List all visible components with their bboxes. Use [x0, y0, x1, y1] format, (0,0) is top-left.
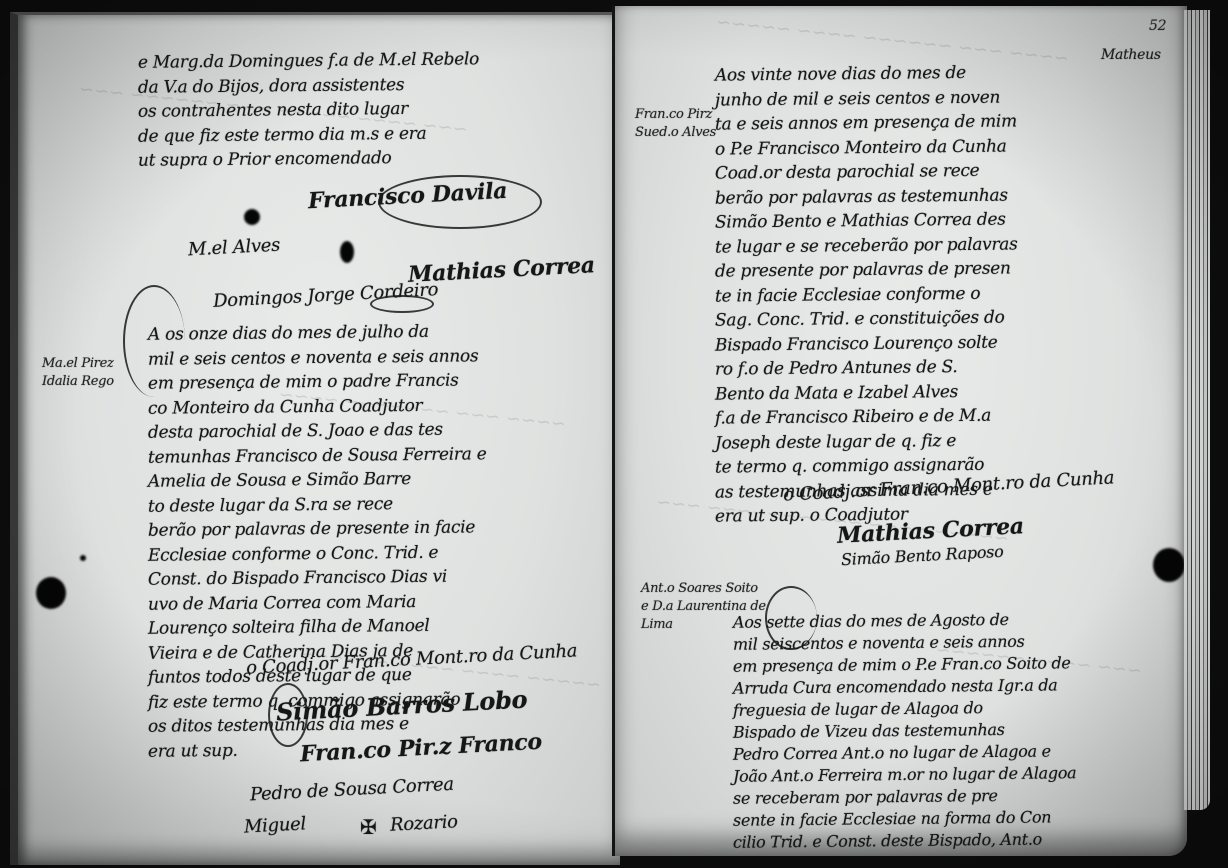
text-line: o P.e Francisco Monteiro da Cunha: [715, 134, 1018, 162]
book-spread: ~~~ ~~~~ ~~~~~ ~~~ ~~~~~~ ~~~ ~~~~ ~~~ ~…: [0, 0, 1228, 868]
text-line: te in facie Ecclesiae conforme o: [715, 281, 1018, 309]
text-line: mil e seis centos e noventa e seis annos: [148, 344, 487, 372]
ink-blot: [244, 209, 260, 225]
signature-flourish: [268, 683, 308, 747]
text-line: os contrahentes nesta dito lugar: [138, 96, 479, 124]
text-line: ta e seis annos em presença de mim: [715, 109, 1018, 137]
left-page: ~~~ ~~~~ ~~~~~ ~~~ ~~~~~~ ~~~ ~~~~ ~~~ ~…: [10, 12, 620, 865]
text-line: berão por palavras de presente in facie: [148, 515, 487, 543]
right-page: ~~~~ ~~~ ~~~~~~ ~~~~ ~~~~~ ~~~~~ ~~~~ ~~…: [612, 6, 1187, 856]
margin-note-line: Sued.o Alves: [635, 124, 716, 142]
text-line: Sag. Conc. Trid. e constituições do: [715, 305, 1018, 333]
top-entry-text: e Marg.da Domingues f.a de M.el Rebelo d…: [138, 49, 479, 172]
text-line: ut supra o Prior encomendado: [138, 145, 479, 173]
ink-blot: [1153, 548, 1185, 582]
text-line: Coad.or desta parochial se rece: [715, 158, 1018, 186]
text-line: co Monteiro da Cunha Coadjutor: [148, 393, 487, 421]
margin-note-line: Fran.co Pirz: [635, 106, 716, 124]
text-line: da V.a do Bijos, dora assistentes: [138, 72, 479, 100]
margin-note: Fran.co Pirz Sued.o Alves: [635, 106, 716, 142]
signature: Rozario: [389, 811, 458, 836]
text-line: Simão Bento e Mathias Correa des: [715, 207, 1018, 235]
signature: M.el Alves: [188, 235, 281, 261]
ink-blot: [340, 241, 354, 263]
signature-flourish: [378, 175, 542, 229]
text-line: A os onze dias do mes de julho da: [148, 319, 487, 347]
text-line: Bento da Mata e Izabel Alves: [715, 379, 1018, 407]
text-line: de presente por palavras de presen: [715, 256, 1018, 284]
text-line: Aos vinte nove dias do mes de: [715, 60, 1018, 88]
text-line: e Marg.da Domingues f.a de M.el Rebelo: [138, 47, 479, 75]
text-line: junho de mil e seis centos e noven: [715, 85, 1018, 113]
second-entry-text: Aos sette dias do mes de Agosto de mil s…: [733, 610, 1076, 852]
cross-mark-icon: ✠: [360, 815, 376, 839]
margin-note-line: Ma.el Pirez: [42, 355, 114, 373]
text-line: Const. do Bispado Francisco Dias vi: [148, 564, 487, 592]
text-line: de que fiz este termo dia m.s e era: [138, 121, 479, 149]
page-edges: [1184, 10, 1210, 810]
text-line: em presença de mim o padre Francis: [148, 368, 487, 396]
text-line: desta parochial de S. Joao e das tes: [148, 417, 487, 445]
signature-flourish: [370, 295, 434, 313]
text-line: Amelia de Sousa e Simão Barre: [148, 466, 487, 494]
signature: Pedro de Sousa Correa: [250, 774, 455, 806]
text-line: berão por palavras as testemunhas: [715, 183, 1018, 211]
margin-note: Ma.el Pirez Idalia Rego: [42, 355, 114, 391]
text-line: to deste lugar da S.ra se rece: [148, 491, 487, 519]
text-line: te lugar e se receberão por palavras: [715, 232, 1018, 260]
text-line: temunhas Francisco de Sousa Ferreira e: [148, 442, 487, 470]
corner-note: Matheus: [1101, 46, 1161, 64]
text-line: Joseph deste lugar de q. fiz e: [715, 428, 1018, 456]
first-entry-text: Aos vinte nove dias do mes de junho de m…: [715, 62, 1018, 528]
text-line: Bispado Francisco Lourenço solte: [715, 330, 1018, 358]
ink-blot: [36, 577, 66, 609]
text-line: Lourenço solteira filha de Manoel: [148, 613, 487, 641]
signature: Miguel: [243, 813, 306, 837]
text-line: f.a de Francisco Ribeiro e de M.a: [715, 403, 1018, 431]
text-line: Ecclesiae conforme o Conc. Trid. e: [148, 540, 487, 568]
margin-note-line: Idalia Rego: [42, 373, 114, 391]
margin-note-line: Ant.o Soares Soito: [641, 580, 766, 598]
text-line: cilio Trid. e Const. deste Bispado, Ant.…: [733, 828, 1077, 854]
text-line: ro f.o de Pedro Antunes de S.: [715, 354, 1018, 382]
text-line: uvo de Maria Correa com Maria: [148, 589, 487, 617]
folio-number: 52: [1149, 18, 1166, 34]
ink-blot: [80, 555, 86, 561]
